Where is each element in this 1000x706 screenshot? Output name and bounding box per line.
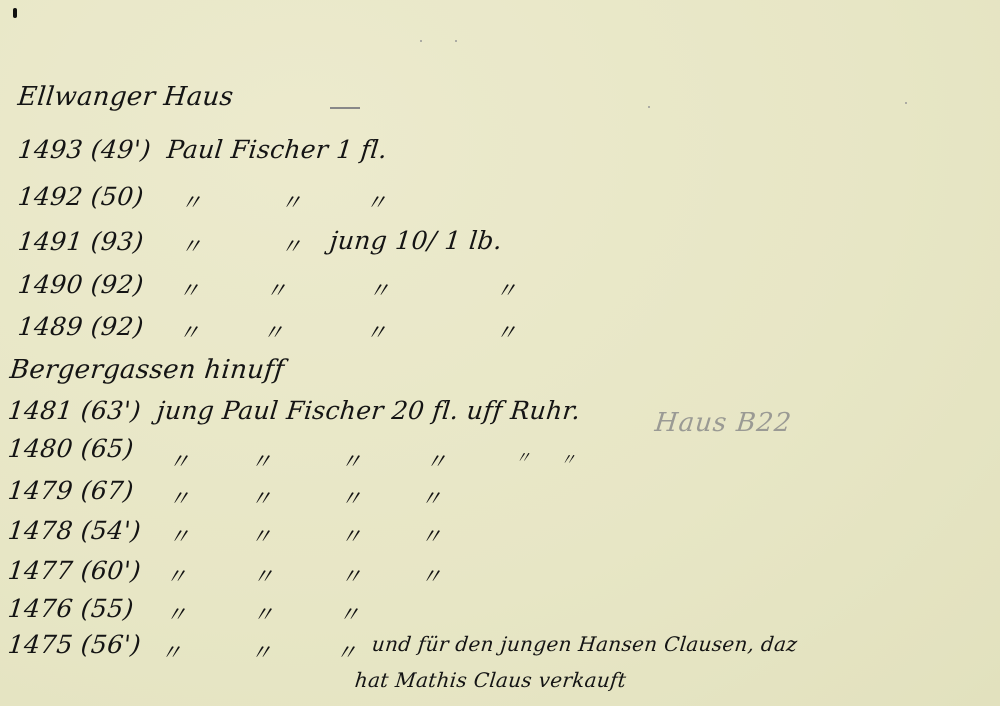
entry-row: 1479 (67)	[6, 476, 135, 505]
paper-speck	[648, 106, 650, 108]
ditto-mark: 〃	[250, 520, 272, 551]
section-heading-bergergassen: Bergergassen hinuff	[8, 355, 285, 385]
ditto-mark: 〃	[165, 560, 187, 591]
entry-ref: (54')	[80, 516, 143, 545]
entry-ref: (92)	[90, 270, 146, 299]
entry-ref: (65)	[80, 434, 136, 463]
entry-year: 1481	[6, 396, 74, 425]
entry-row: 1491 (93)	[16, 227, 145, 256]
entry-row: 1490 (92)	[16, 270, 145, 299]
entry-row: 1477 (60')	[6, 556, 142, 585]
ditto-mark: 〃	[365, 186, 387, 217]
entry-ref: (67)	[80, 476, 136, 505]
entry-row: 1476 (55)	[6, 594, 135, 623]
ditto-mark: 〃	[280, 230, 302, 261]
entry-row: 1492 (50)	[16, 182, 145, 211]
entry-text: Paul Fischer 1 fl.	[166, 135, 389, 164]
entry-row: 1481 (63') jung Paul Fischer 20 fl. uff …	[6, 396, 581, 425]
ditto-mark: 〃	[515, 445, 531, 468]
ditto-mark: 〃	[560, 447, 576, 470]
ditto-mark: 〃	[262, 316, 284, 347]
ditto-mark: 〃	[420, 520, 442, 551]
entry-ref: (50)	[90, 182, 146, 211]
paper-speck	[905, 102, 907, 104]
ditto-mark: 〃	[178, 274, 200, 305]
ditto-mark: 〃	[335, 636, 357, 667]
ditto-mark: 〃	[252, 598, 274, 629]
ditto-mark: 〃	[420, 482, 442, 513]
entry-year: 1478	[6, 516, 74, 545]
ditto-mark: 〃	[250, 636, 272, 667]
document-page: Ellwanger Haus 1493 (49') Paul Fischer 1…	[0, 0, 1000, 706]
ditto-mark: 〃	[420, 560, 442, 591]
entry-year: 1490	[16, 270, 84, 299]
entry-ref: (60')	[80, 556, 143, 585]
entry-year: 1476	[6, 594, 74, 623]
ditto-mark: 〃	[168, 482, 190, 513]
entry-year: 1493	[16, 135, 84, 164]
ditto-mark: 〃	[495, 274, 517, 305]
heading-dash	[330, 107, 360, 109]
entry-year: 1492	[16, 182, 84, 211]
entry-ref: (93)	[90, 227, 146, 256]
ditto-mark: 〃	[365, 316, 387, 347]
paper-speck	[420, 40, 422, 42]
ditto-mark: 〃	[340, 560, 362, 591]
paper-speck	[455, 40, 457, 42]
entry-ref: (63')	[80, 396, 143, 425]
ditto-mark: 〃	[180, 230, 202, 261]
entry-row: 1489 (92)	[16, 312, 145, 341]
entry-year: 1480	[6, 434, 74, 463]
punch-mark	[13, 8, 17, 18]
entry-row: 1480 (65)	[6, 434, 135, 463]
entry-text: jung Paul Fischer 20 fl. uff Ruhr.	[156, 396, 582, 425]
entry-row: 1478 (54')	[6, 516, 142, 545]
entry-ref: (55)	[80, 594, 136, 623]
ditto-mark: 〃	[168, 445, 190, 476]
ditto-mark: 〃	[495, 316, 517, 347]
ditto-mark: 〃	[180, 186, 202, 217]
entry-year: 1489	[16, 312, 84, 341]
ditto-mark: 〃	[425, 445, 447, 476]
ditto-mark: 〃	[165, 598, 187, 629]
entry-year: 1491	[16, 227, 84, 256]
entry-year: 1479	[6, 476, 74, 505]
ditto-mark: 〃	[340, 445, 362, 476]
entry-ref: (56')	[80, 630, 143, 659]
ditto-mark: 〃	[280, 186, 302, 217]
ditto-mark: 〃	[252, 560, 274, 591]
ditto-mark: 〃	[368, 274, 390, 305]
section-heading-ellwanger-haus: Ellwanger Haus	[16, 82, 234, 112]
entry-ref: (92)	[90, 312, 146, 341]
entry-text: und für den jungen Hansen Clausen, daz	[371, 632, 799, 656]
ditto-mark: 〃	[265, 274, 287, 305]
ditto-mark: 〃	[160, 636, 182, 667]
ditto-mark: 〃	[250, 482, 272, 513]
ditto-mark: 〃	[340, 482, 362, 513]
ditto-mark: 〃	[338, 598, 360, 629]
ditto-mark: 〃	[168, 520, 190, 551]
entry-row: 1475 (56')	[6, 630, 142, 659]
continuation-line: hat Mathis Claus verkauft	[354, 668, 628, 692]
pencil-note-haus-b22: Haus B22	[653, 408, 793, 438]
entry-year: 1475	[6, 630, 74, 659]
entry-ref: (49')	[90, 135, 153, 164]
ditto-mark: 〃	[250, 445, 272, 476]
entry-text: jung 10/ 1 lb.	[328, 226, 503, 255]
entry-year: 1477	[6, 556, 74, 585]
ditto-mark: 〃	[340, 520, 362, 551]
entry-row: 1493 (49') Paul Fischer 1 fl.	[16, 135, 388, 164]
ditto-mark: 〃	[178, 316, 200, 347]
